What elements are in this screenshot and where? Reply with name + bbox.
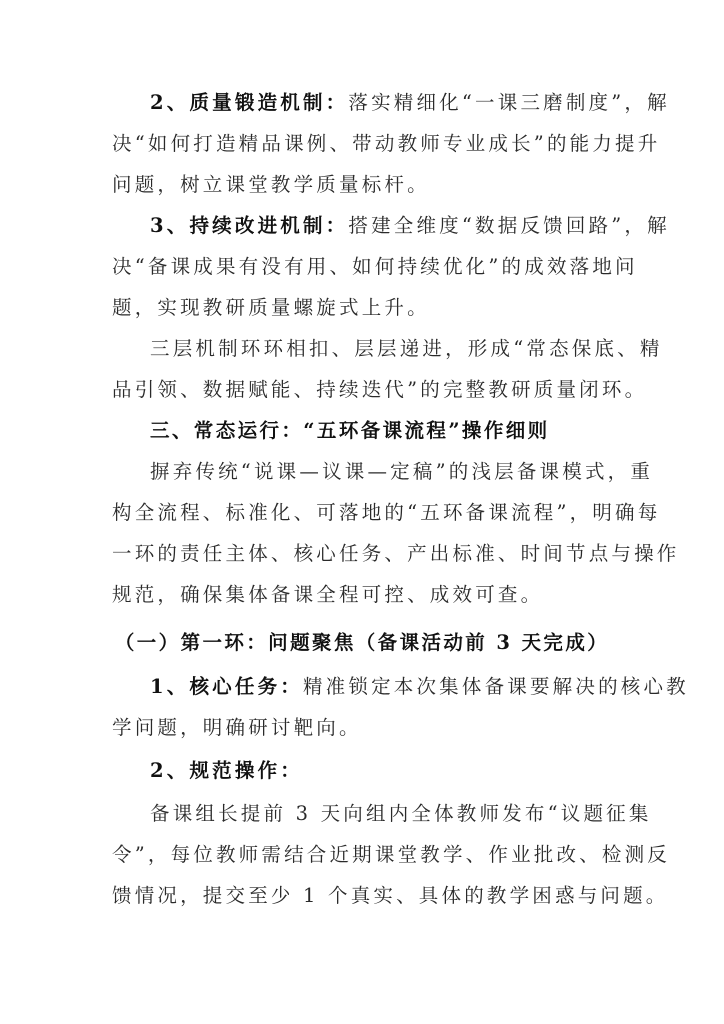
ring-1-task-label: 1、核心任务： [150,675,303,698]
section-3-intro-line-2: 构全流程、标准化、可落地的“五环备课流程”，明确每 [112,500,612,526]
item-2-line-2: 决“如何打造精品课例、带动教师专业成长”的能力提升 [112,131,612,157]
section-3-intro-line-4: 规范，确保集体备课全程可控、成效可查。 [112,582,612,608]
item-2-label: 2、质量锻造机制： [150,91,348,114]
ring-1-heading: （一）第一环：问题聚焦（备课活动前 3 天完成） [0,630,724,656]
ring-1-op-line-2: 令”，每位教师需结合近期课堂教学、作业批改、检测反 [112,842,612,868]
item-3-label: 3、持续改进机制： [150,214,348,237]
ring-1-op-line-3: 馈情况，提交至少 1 个真实、具体的教学困惑与问题。 [112,883,612,909]
section-3-intro-line-1: 摒弃传统“说课—议课—定稿”的浅层备课模式，重 [150,459,650,485]
ring-1-op-label: 2、规范操作： [150,758,650,784]
document-page: 2、质量锻造机制：落实精细化“一课三磨制度”，解 决“如何打造精品课例、带动教师… [0,0,724,1024]
section-3-heading: 三、常态运行：“五环备课流程”操作细则 [150,418,650,444]
ring-1-task-line-1: 1、核心任务：精准锁定本次集体备课要解决的核心教 [150,674,650,700]
ring-1-task-text: 精准锁定本次集体备课要解决的核心教 [303,675,689,698]
section-3-intro-line-3: 一环的责任主体、核心任务、产出标准、时间节点与操作 [112,541,612,567]
summary-line-2: 品引领、数据赋能、持续迭代”的完整教研质量闭环。 [112,377,612,403]
item-2-text: 落实精细化“一课三磨制度”，解 [348,91,669,114]
ring-1-task-line-2: 学问题，明确研讨靶向。 [112,715,612,741]
item-3-line-3: 题，实现教研质量螺旋式上升。 [112,295,612,321]
item-2-line-3: 问题，树立课堂教学质量标杆。 [112,172,612,198]
item-3-line-1: 3、持续改进机制：搭建全维度“数据反馈回路”，解 [150,213,650,239]
item-2-line-1: 2、质量锻造机制：落实精细化“一课三磨制度”，解 [150,90,650,116]
item-3-line-2: 决“备课成果有没有用、如何持续优化”的成效落地问 [112,254,612,280]
item-3-text: 搭建全维度“数据反馈回路”，解 [348,214,669,237]
ring-1-op-line-1: 备课组长提前 3 天向组内全体教师发布“议题征集 [150,801,650,827]
summary-line-1: 三层机制环环相扣、层层递进，形成“常态保底、精 [150,336,650,362]
